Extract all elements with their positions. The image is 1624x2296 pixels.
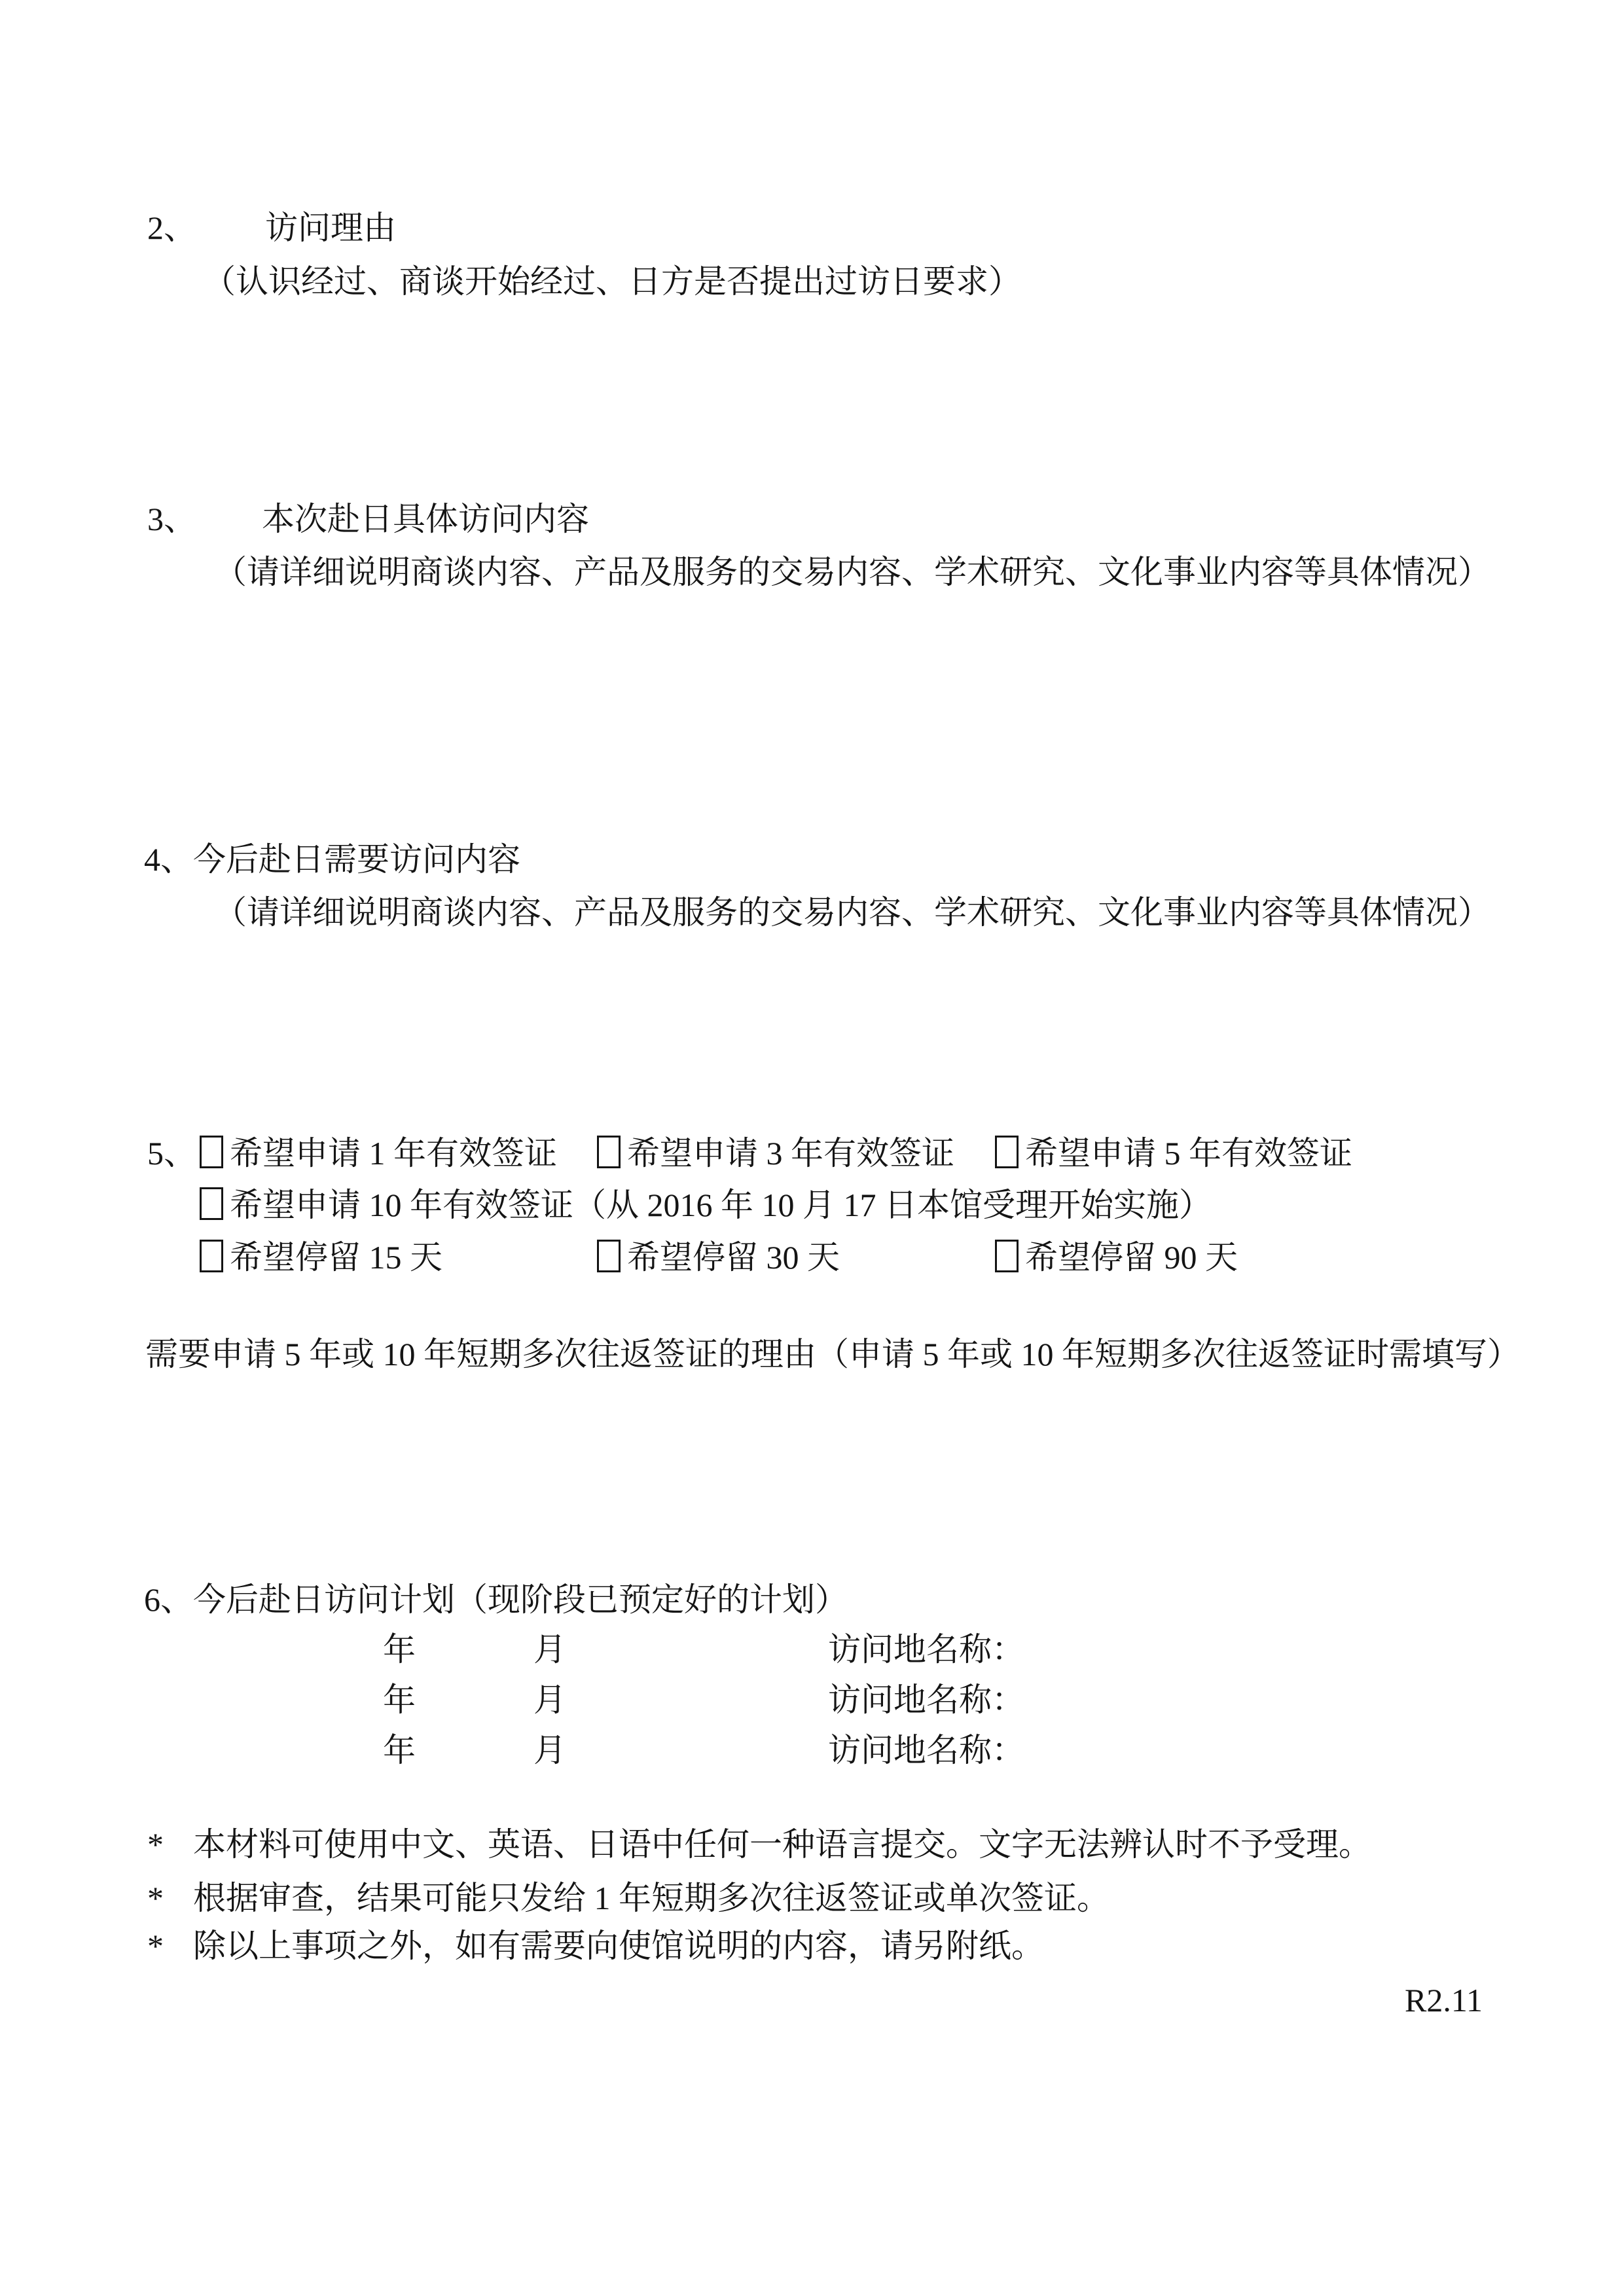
visa-option-3year-label: 希望申请 3 年有效签证 xyxy=(627,1135,954,1172)
plan-row2-month-label: 月 xyxy=(533,1681,566,1719)
section3-hint: （请详细说明商谈内容、产品及服务的交易内容、学术研究、文化事业内容等具体情况） xyxy=(214,554,1490,592)
visa-option-10year-label: 希望申请 10 年有效签证（从 2016 年 10 月 17 日本馆受理开始实施… xyxy=(230,1187,1212,1223)
section5-number: 5、 xyxy=(147,1135,196,1173)
checkbox-icon xyxy=(597,1136,621,1168)
plan-row3-place-label: 访问地名称： xyxy=(828,1732,1024,1770)
plan-row3-month-label: 月 xyxy=(533,1732,566,1770)
section3-number: 3、 xyxy=(147,501,196,539)
section4-heading: 4、今后赴日需要访问内容 xyxy=(144,841,520,879)
section6-heading: 6、今后赴日访问计划（现阶段已预定好的计划） xyxy=(144,1581,848,1619)
checkbox-icon xyxy=(995,1136,1019,1168)
note3-text: 除以上事项之外，如有需要向使馆说明的内容，请另附纸。 xyxy=(193,1928,1044,1965)
visa-option-5year-label: 希望申请 5 年有效签证 xyxy=(1025,1135,1352,1172)
section2-title: 访问理由 xyxy=(265,209,396,247)
section4-number: 4、 xyxy=(144,841,193,878)
plan-row2-year-label: 年 xyxy=(383,1681,416,1719)
note1-bullet: * xyxy=(147,1826,164,1864)
section2-number: 2、 xyxy=(147,209,196,247)
checkbox-icon xyxy=(200,1187,223,1220)
plan-row1-place-label: 访问地名称： xyxy=(828,1631,1024,1669)
document-page: 2、 访问理由 （认识经过、商谈开始经过、日方是否提出过访日要求） 3、 本次赴… xyxy=(0,0,1624,2296)
stay-option-30days-label: 希望停留 30 天 xyxy=(627,1239,840,1276)
checkbox-icon xyxy=(995,1240,1019,1272)
visa-option-3year: 希望申请 3 年有效签证 xyxy=(597,1135,954,1173)
plan-row1-year-label: 年 xyxy=(383,1631,416,1669)
visa-option-10year: 希望申请 10 年有效签证（从 2016 年 10 月 17 日本馆受理开始实施… xyxy=(200,1187,1212,1225)
version-mark: R2.11 xyxy=(1405,1982,1483,2020)
section6-title: 今后赴日访问计划（现阶段已预定好的计划） xyxy=(193,1581,848,1618)
stay-option-30days: 希望停留 30 天 xyxy=(597,1239,840,1277)
section4-title: 今后赴日需要访问内容 xyxy=(193,841,520,878)
section4-hint: （请详细说明商谈内容、产品及服务的交易内容、学术研究、文化事业内容等具体情况） xyxy=(214,894,1490,932)
stay-option-15days: 希望停留 15 天 xyxy=(200,1239,442,1277)
stay-option-15days-label: 希望停留 15 天 xyxy=(230,1239,442,1276)
visa-option-1year: 希望申请 1 年有效签证 xyxy=(200,1135,557,1173)
note3-bullet: * xyxy=(147,1928,164,1965)
stay-option-90days: 希望停留 90 天 xyxy=(995,1239,1238,1277)
note2-text: 根据审查，结果可能只发给 1 年短期多次往返签证或单次签证。 xyxy=(193,1880,1110,1918)
visa-option-1year-label: 希望申请 1 年有效签证 xyxy=(230,1135,557,1172)
checkbox-icon xyxy=(597,1240,621,1272)
plan-row2-place-label: 访问地名称： xyxy=(828,1681,1024,1719)
multiple-entry-reason-prompt: 需要申请 5 年或 10 年短期多次往返签证的理由（申请 5 年或 10 年短期… xyxy=(145,1336,1520,1374)
plan-row1-month-label: 月 xyxy=(533,1631,566,1669)
section3-title: 本次赴日具体访问内容 xyxy=(262,501,589,539)
section2-hint: （认识经过、商谈开始经过、日方是否提出过访日要求） xyxy=(203,263,1021,301)
note1-text: 本材料可使用中文、英语、日语中任何一种语言提交。文字无法辨认时不予受理。 xyxy=(193,1826,1371,1864)
section6-number: 6、 xyxy=(144,1581,193,1618)
checkbox-icon xyxy=(200,1136,223,1168)
plan-row3-year-label: 年 xyxy=(383,1732,416,1770)
checkbox-icon xyxy=(200,1240,223,1272)
note2-bullet: * xyxy=(147,1880,164,1918)
visa-option-5year: 希望申请 5 年有效签证 xyxy=(995,1135,1352,1173)
stay-option-90days-label: 希望停留 90 天 xyxy=(1025,1239,1238,1276)
